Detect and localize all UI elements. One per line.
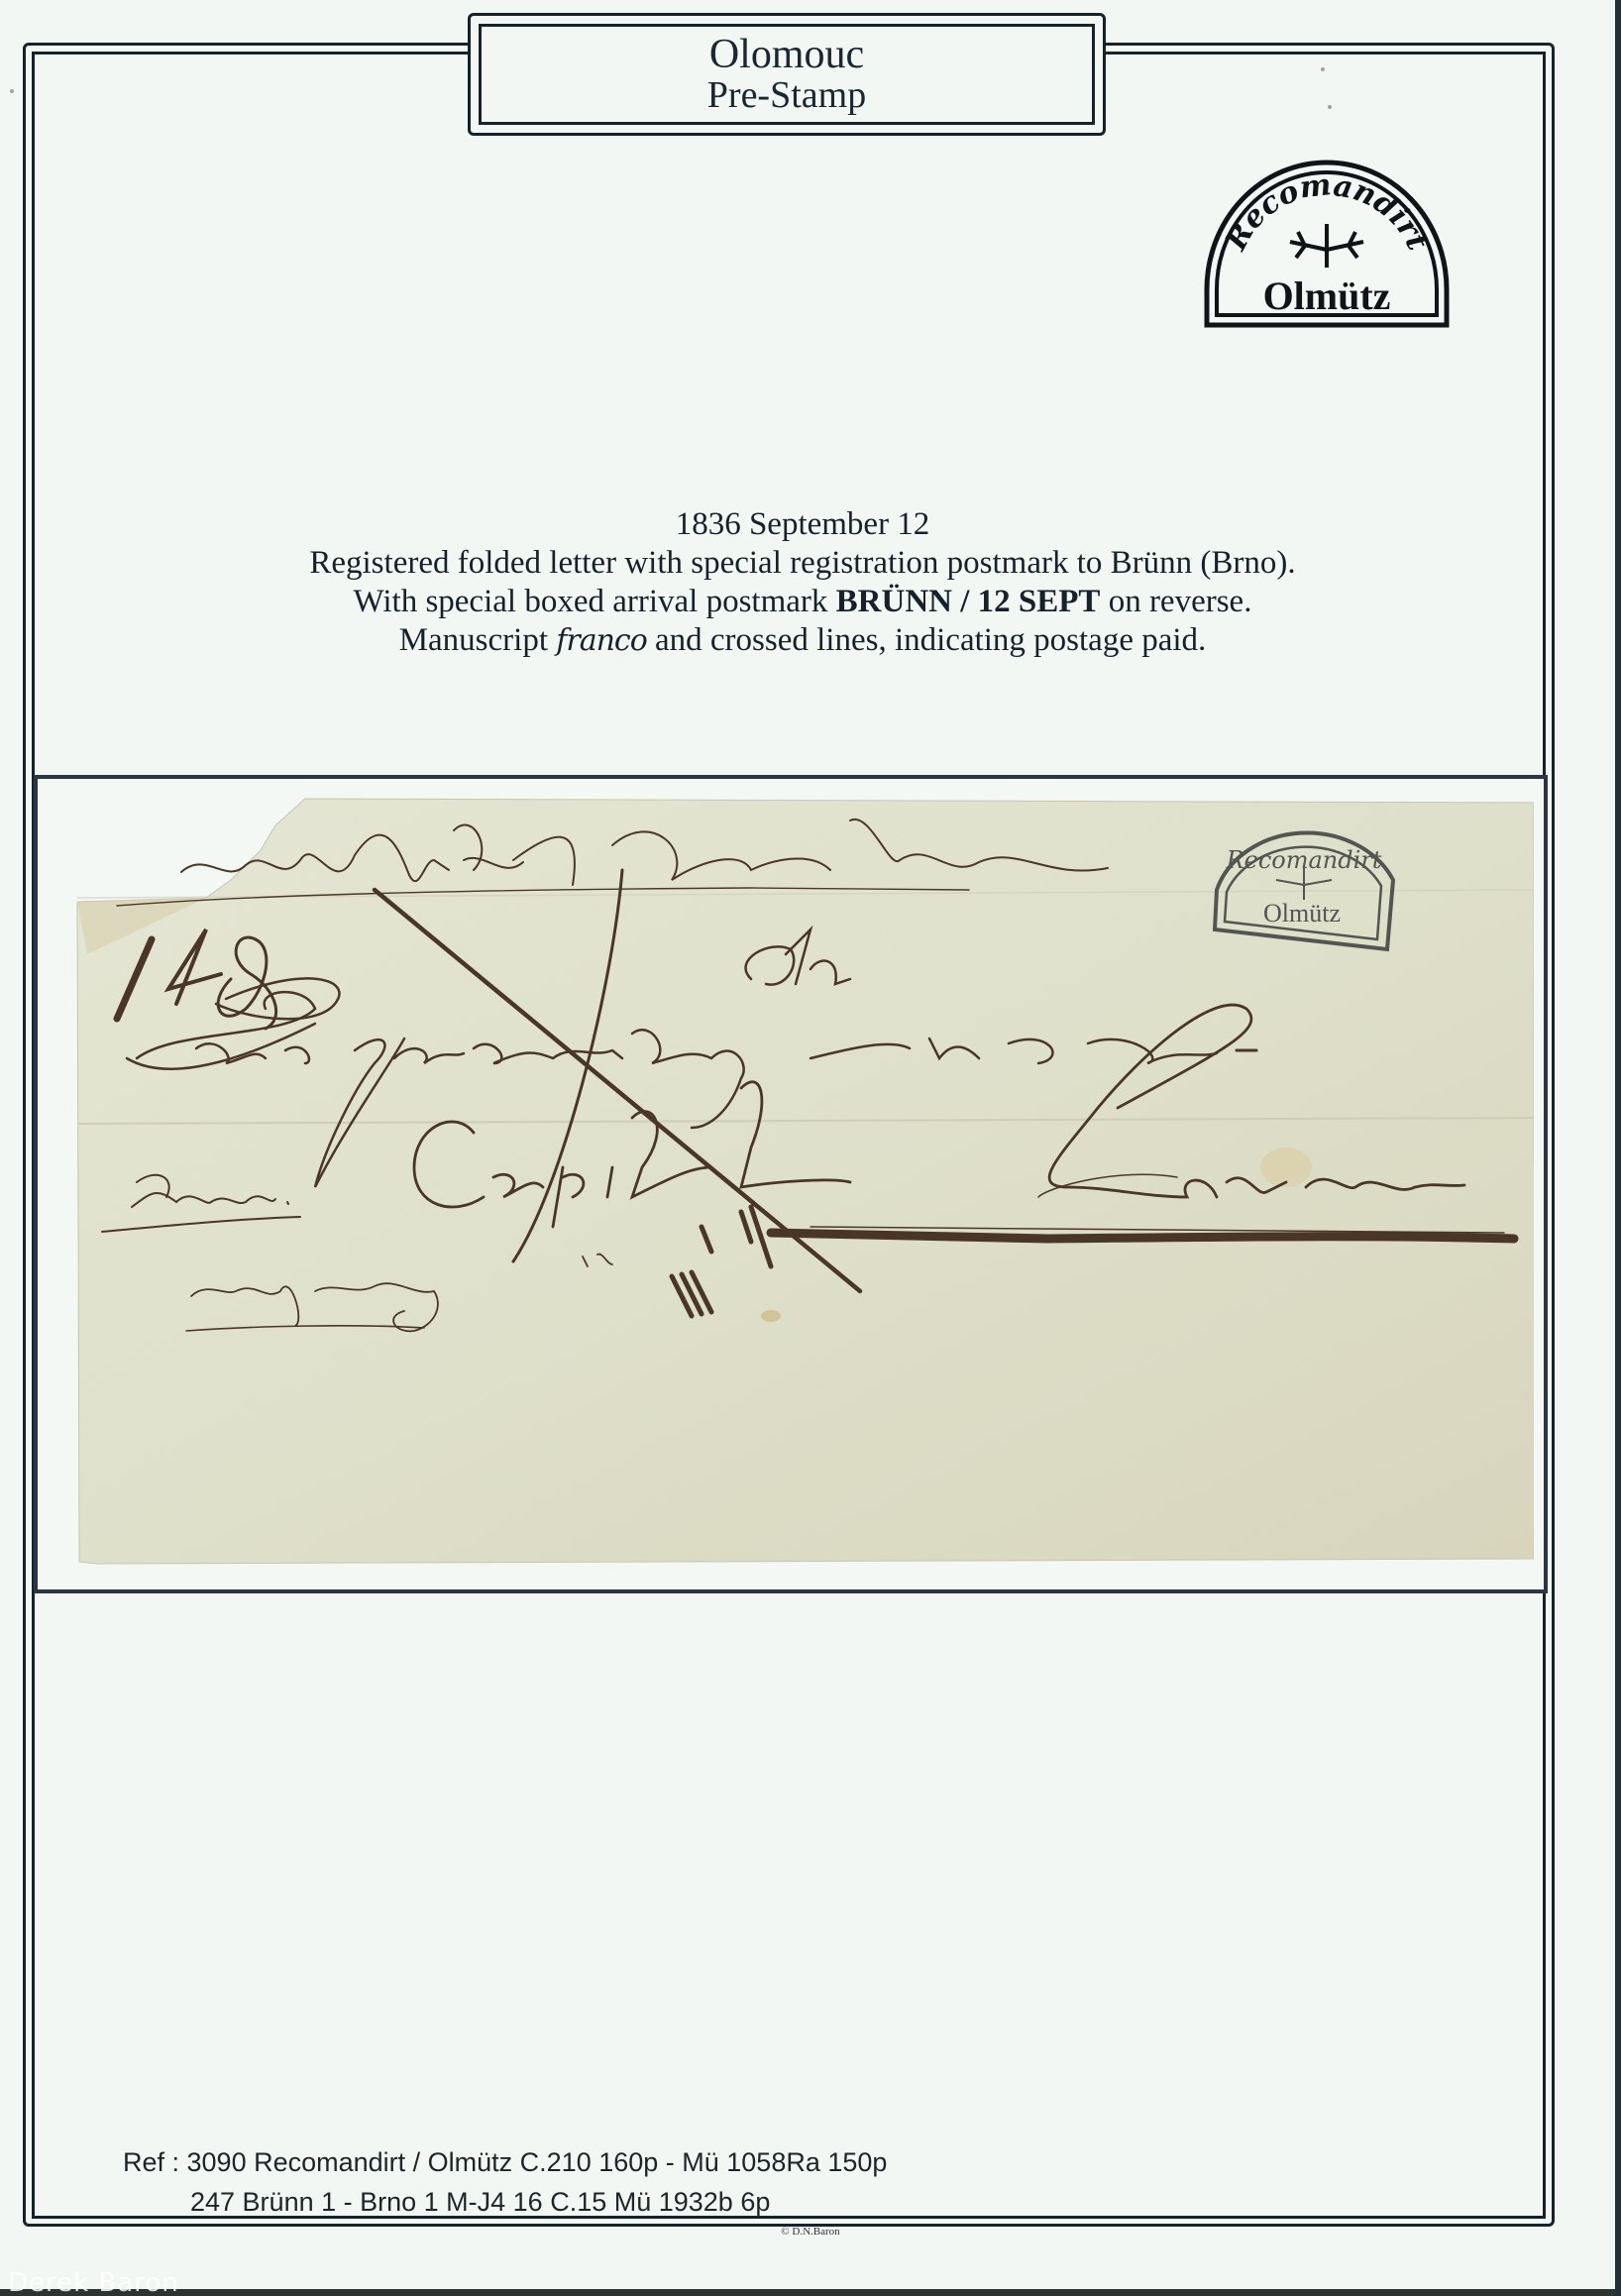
recomandirt-olmutz-postmark-icon: Recomandirt Olmütz [1201,151,1453,331]
arrival-postmark-label: BRÜNN / 12 SEPT [836,584,1101,619]
dust-speck [10,89,14,93]
scan-edge-right [1615,0,1621,2296]
reference-line-2: 247 Brünn 1 - Brno 1 M-J4 16 C.15 Mü 193… [123,2182,887,2222]
description-line-3-prefix: Manuscript [399,622,557,658]
title-box-inner: Olomouc Pre-Stamp [479,24,1095,125]
description-line-2: With special boxed arrival postmark BRÜN… [59,583,1546,621]
catalogue-references: Ref : 3090 Recomandirt / Olmütz C.210 16… [123,2142,887,2222]
dust-speck [1321,67,1325,71]
cover-date: 1836 September 12 [59,505,1546,544]
description-block: 1836 September 12 Registered folded lett… [59,505,1546,660]
scan-edge-bottom [0,2289,1621,2296]
dust-speck [1328,105,1332,109]
franco-script-word: franco [556,623,647,658]
letter-window-frame: Recomandirt Olmütz [34,775,1548,1593]
page-title: Olomouc [709,34,864,75]
stamp-bottom-text: Olmütz [1263,273,1391,318]
svg-text:Olmütz: Olmütz [1263,899,1341,928]
description-line-1: Registered folded letter with special re… [59,544,1546,583]
description-line-2-suffix: on reverse. [1100,584,1251,619]
album-page: Olomouc Pre-Stamp Recomandirt Olmütz 183… [0,0,1615,2289]
description-line-3: Manuscript franco and crossed lines, ind… [59,621,1546,660]
folded-letter-cover-image: Recomandirt Olmütz [57,791,1534,1577]
watermark: Derek Baron [8,2268,179,2296]
reference-line-1: Ref : 3090 Recomandirt / Olmütz C.210 16… [123,2142,887,2182]
description-line-3-suffix: and crossed lines, indicating postage pa… [647,622,1207,658]
page-subtitle: Pre-Stamp [707,75,866,115]
title-box: Olomouc Pre-Stamp [468,13,1106,136]
description-line-2-prefix: With special boxed arrival postmark [354,584,836,619]
copyright-notice: © D.N.Baron [0,2226,1621,2238]
